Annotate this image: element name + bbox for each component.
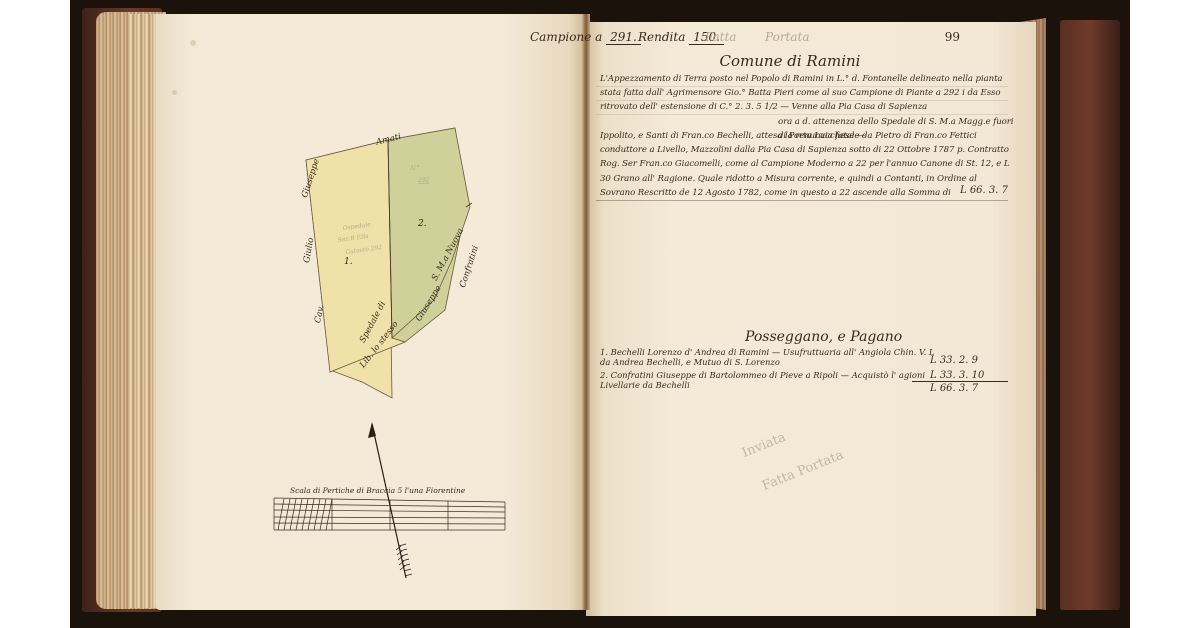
owner-row-2: 2. Confratini Giuseppe di Bartolommeo di… bbox=[600, 370, 940, 390]
left-page-edges-inner bbox=[128, 14, 156, 608]
owner-1-amount: L 33. 2. 9 bbox=[930, 355, 978, 366]
paragraph-lease: Ippolito, e Santi di Fran.co Bechelli, a… bbox=[600, 129, 1010, 200]
faint-note-2: Portata bbox=[765, 30, 810, 44]
north-arrow-icon bbox=[360, 418, 420, 588]
section-divider bbox=[596, 200, 1008, 201]
svg-text:N.°: N.° bbox=[409, 165, 420, 172]
page-header: Campione a 291. Rendita 150. Fatta Porta… bbox=[530, 30, 960, 50]
paragraph-description: L'Appezzamento di Terra posto nel Popolo… bbox=[600, 72, 1010, 115]
campione-number: 291. bbox=[606, 30, 641, 45]
right-cover-board bbox=[1060, 20, 1120, 610]
campione-label: Campione a 291. bbox=[530, 30, 641, 44]
owner-row-1: 1. Bechelli Lorenzo d' Andrea di Ramini … bbox=[600, 347, 940, 367]
lease-amount: L 66. 3. 7 bbox=[960, 185, 1008, 196]
book-gutter bbox=[582, 14, 590, 610]
foxing-spot bbox=[172, 90, 177, 95]
section-title: Posseggano, e Pagano bbox=[745, 329, 902, 345]
foxing-spot bbox=[190, 40, 196, 46]
total-amount: L 66. 3. 7 bbox=[930, 383, 978, 394]
parcel-1-number: 1. bbox=[344, 257, 353, 267]
owner-2-amount: L 33. 3. 10 bbox=[930, 370, 984, 381]
svg-text:292: 292 bbox=[417, 177, 430, 184]
sum-line bbox=[912, 381, 1008, 382]
parcel-2-number: 2. bbox=[417, 219, 427, 229]
faint-note-1: Fatta bbox=[705, 30, 736, 44]
page-number: 99 bbox=[945, 30, 960, 44]
page-title: Comune di Ramini bbox=[690, 52, 890, 70]
